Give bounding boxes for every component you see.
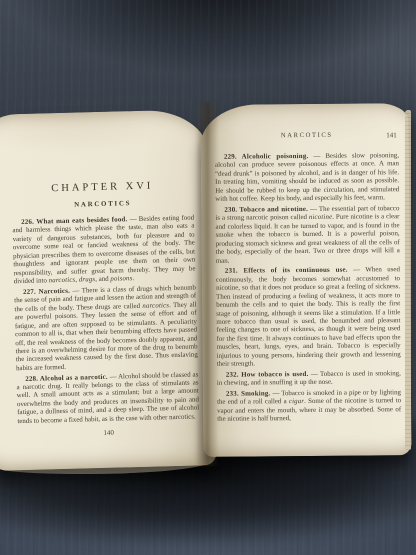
right-page-number: 141 bbox=[386, 131, 397, 139]
paragraph-heading: 228. Alcohol as a narcotic. bbox=[25, 373, 108, 382]
paragraph: 231. Effects of its continuous use. — Wh… bbox=[216, 266, 401, 369]
running-head: NARCOTICS bbox=[215, 131, 399, 140]
paragraph: 228. Alcohol as a narcotic. — Alcohol sh… bbox=[16, 371, 199, 426]
right-page-text: 229. Alcoholic poisoning. — Besides slow… bbox=[215, 152, 401, 424]
right-page: NARCOTICS 141 229. Alcoholic poisoning. … bbox=[200, 103, 411, 457]
book-photo-scene: CHAPTER XVI NARCOTICS 226. What man eats… bbox=[0, 0, 416, 555]
running-head-row: NARCOTICS 141 bbox=[215, 131, 399, 143]
paragraph-heading: 232. How tobacco is used. bbox=[226, 371, 309, 379]
paragraph-heading: 233. Smoking. bbox=[226, 390, 270, 397]
paragraph-heading: 226. What man eats besides food. bbox=[21, 216, 127, 226]
section-heading: NARCOTICS bbox=[12, 198, 194, 210]
left-page-content: CHAPTER XVI NARCOTICS 226. What man eats… bbox=[11, 179, 200, 439]
left-page-number: 140 bbox=[18, 427, 200, 440]
paragraph: 227. Narcotics. — There is a class of dr… bbox=[14, 284, 198, 373]
chapter-heading: CHAPTER XVI bbox=[11, 179, 193, 195]
paragraph: 229. Alcoholic poisoning. — Besides slow… bbox=[215, 152, 399, 204]
open-book: CHAPTER XVI NARCOTICS 226. What man eats… bbox=[0, 96, 416, 516]
right-page-content: NARCOTICS 141 229. Alcoholic poisoning. … bbox=[215, 131, 402, 424]
paragraph-heading: 231. Effects of its continuous use. bbox=[225, 267, 348, 275]
paragraph: 233. Smoking. — Tobacco is smoked in a p… bbox=[217, 389, 401, 424]
left-page: CHAPTER XVI NARCOTICS 226. What man eats… bbox=[0, 109, 217, 471]
paragraph: 232. How tobacco is used. — Tobacco is u… bbox=[217, 370, 401, 389]
paragraph: 226. What man eats besides food. — Besid… bbox=[12, 214, 196, 286]
right-fore-edge-pages bbox=[405, 110, 411, 450]
left-page-text: 226. What man eats besides food. — Besid… bbox=[12, 214, 199, 426]
paragraph-heading: 227. Narcotics. bbox=[23, 288, 70, 296]
book-gutter-shadow bbox=[195, 102, 219, 466]
paragraph: 230. Tobacco and nicotine. — The essenti… bbox=[215, 205, 400, 266]
paragraph-heading: 229. Alcoholic poisoning. bbox=[224, 153, 309, 161]
paragraph-heading: 230. Tobacco and nicotine. bbox=[224, 206, 308, 214]
